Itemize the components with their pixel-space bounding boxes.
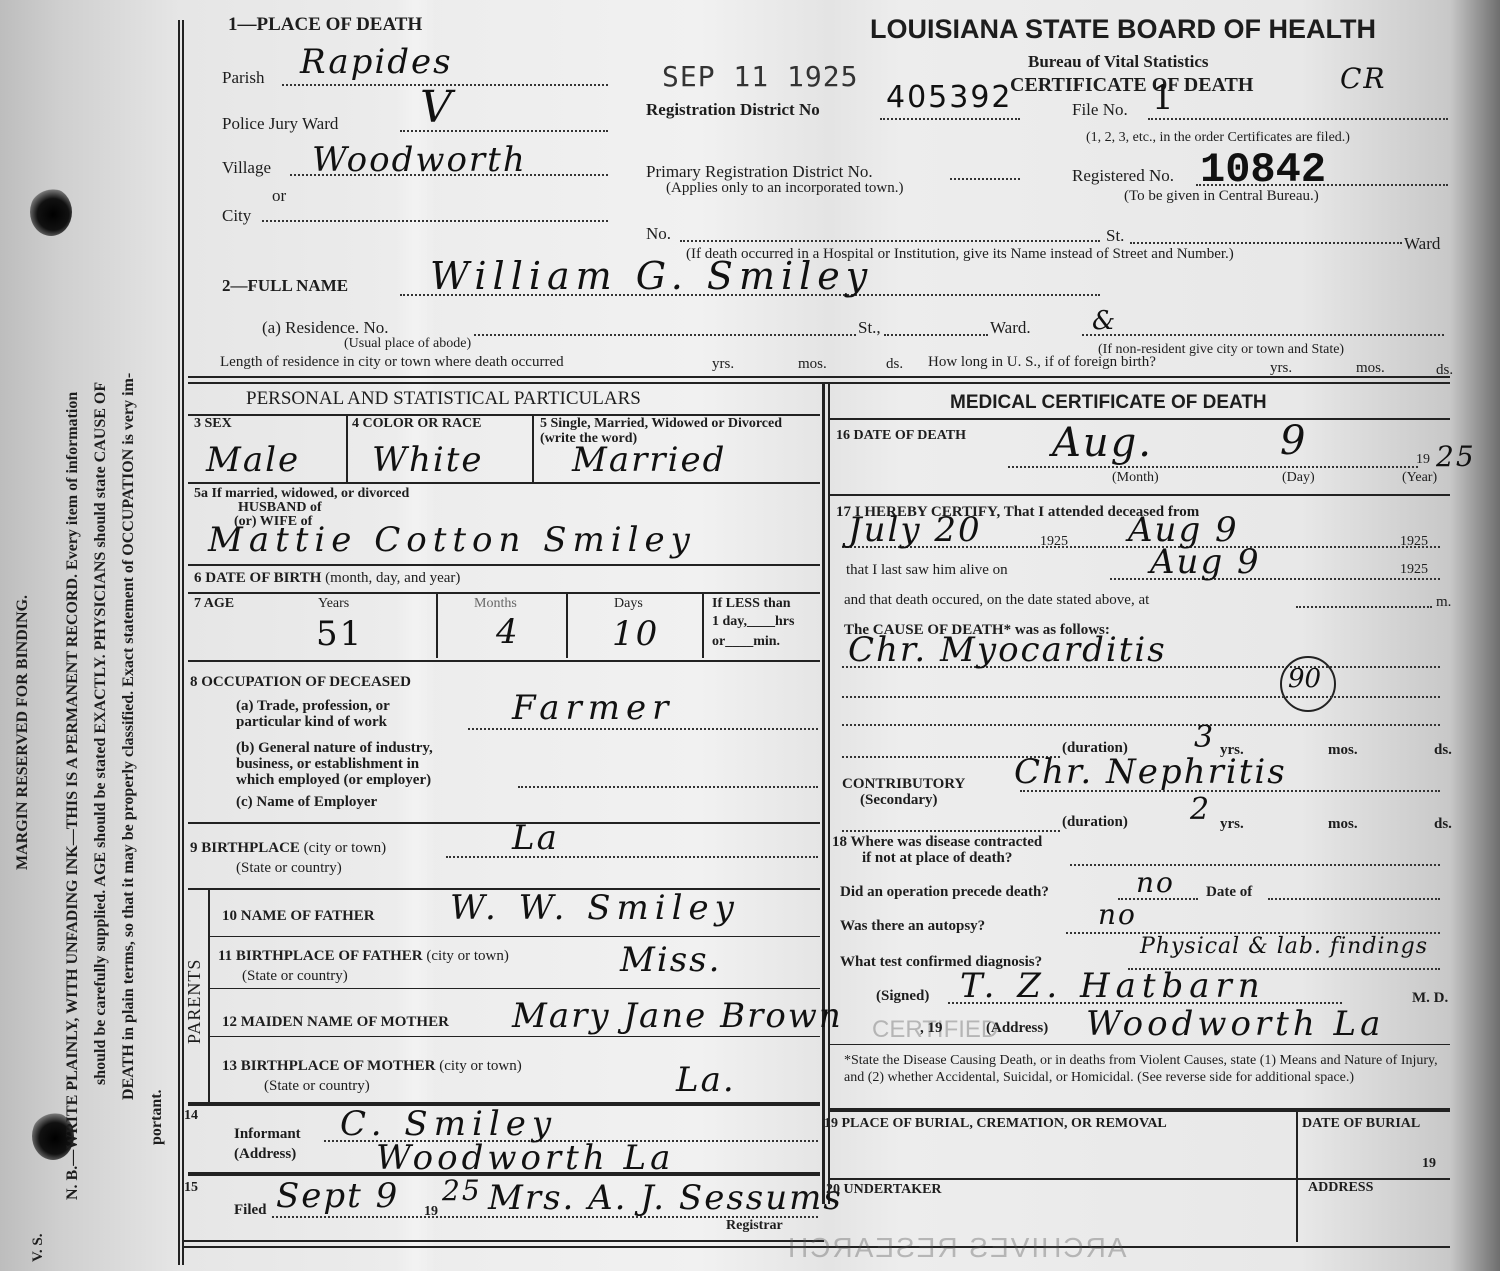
registration-district-value[interactable]: 405392 xyxy=(886,80,1013,115)
medical-section-heading: MEDICAL CERTIFICATE OF DEATH xyxy=(950,392,1267,414)
primary-district-label: Primary Registration District No. xyxy=(646,162,873,182)
birthplace-line xyxy=(446,856,818,858)
father-name-label: 10 NAME OF FATHER xyxy=(222,908,375,925)
full-name-value[interactable]: William G. Smiley xyxy=(430,254,873,298)
operation-date-line xyxy=(1268,898,1440,900)
year-note: (Year) xyxy=(1402,470,1437,486)
rule xyxy=(184,1240,824,1242)
operation-date-label: Date of xyxy=(1206,884,1252,901)
length-yrs-label: yrs. xyxy=(712,356,734,373)
birthplace-state-label: (State or country) xyxy=(236,860,342,877)
margin-binding-text: MARGIN RESERVED FOR BINDING. xyxy=(14,595,32,870)
punch-hole xyxy=(30,188,72,236)
age-label: 7 AGE xyxy=(194,596,234,612)
street-no-line xyxy=(680,240,1100,242)
street-line xyxy=(1130,242,1402,244)
filed-year-value[interactable]: 25 xyxy=(442,1174,482,1207)
cell-divider xyxy=(702,592,704,658)
us-mos-label: mos. xyxy=(1356,360,1385,377)
city-line xyxy=(262,220,608,222)
cause-line-3 xyxy=(842,724,1440,726)
date-of-death-line xyxy=(1008,466,1418,468)
mother-birthplace-note: (city or town) xyxy=(439,1058,521,1074)
file-no-line xyxy=(1148,118,1448,120)
trade-label-1: (a) Trade, profession, or xyxy=(236,698,390,715)
margin-instructions-line2: should be carefully supplied. AGE should… xyxy=(92,382,110,1085)
secondary-label: (Secondary) xyxy=(860,792,938,809)
informant-label: Informant xyxy=(234,1126,301,1143)
village-label: Village xyxy=(222,158,271,178)
length-of-residence-label: Length of residence in city or town wher… xyxy=(220,354,564,371)
us-yrs-label: yrs. xyxy=(1270,360,1292,377)
residence-st-label: St., xyxy=(858,318,881,338)
industry-label-2: business, or establishment in xyxy=(236,756,419,773)
file-no-value[interactable]: 1 xyxy=(1152,78,1176,118)
date-of-death-month[interactable]: Aug. xyxy=(1052,420,1153,466)
rule xyxy=(830,1044,1450,1045)
burial-place-label: 19 PLACE OF BURIAL, CREMATION, OR REMOVA… xyxy=(824,1116,1167,1132)
item-14-number: 14 xyxy=(184,1108,198,1124)
cause-line-2 xyxy=(842,696,1440,698)
or-label: or xyxy=(272,186,286,206)
signed-label: (Signed) xyxy=(876,988,929,1005)
sex-value[interactable]: Male xyxy=(206,440,300,480)
race-value[interactable]: White xyxy=(372,440,484,480)
file-no-label: File No. xyxy=(1072,100,1128,120)
trade-label-2: particular kind of work xyxy=(236,714,387,731)
mother-name-value[interactable]: Mary Jane Brown xyxy=(512,996,843,1036)
mother-birthplace-state: (State or country) xyxy=(264,1078,370,1095)
father-birthplace-note: (city or town) xyxy=(426,948,508,964)
contributory-ds-label: ds. xyxy=(1434,816,1452,833)
form-code: V. S. xyxy=(30,1234,47,1263)
registered-no-label: Registered No. xyxy=(1072,166,1174,186)
section-divider xyxy=(188,376,1450,378)
birthplace-note: (city or town) xyxy=(304,840,386,856)
attended-from-year: 1925 xyxy=(1040,534,1068,550)
residence-ward-line xyxy=(1082,334,1444,336)
date-of-death-year-prefix: 19 xyxy=(1416,452,1430,468)
registered-no-value[interactable]: 10842 xyxy=(1200,146,1326,194)
autopsy-label: Was there an autopsy? xyxy=(840,918,985,935)
informant-address-label: (Address) xyxy=(234,1146,296,1163)
archives-watermark: ARCHIVES RESEARCH xyxy=(786,1232,1127,1264)
less-than-label: If LESS than xyxy=(712,596,791,612)
file-no-note: (1, 2, 3, etc., in the order Certificate… xyxy=(1086,130,1350,146)
residence-note: (Usual place of abode) xyxy=(344,336,471,352)
how-long-us-label: How long in U. S., if of foreign birth? xyxy=(928,354,1156,371)
cause-duration-yrs-value[interactable]: 3 xyxy=(1194,720,1215,755)
death-time-m: m. xyxy=(1436,594,1451,611)
contributory-duration-label: (duration) xyxy=(1062,814,1128,831)
father-name-value[interactable]: W. W. Smiley xyxy=(450,888,740,928)
filed-date-value[interactable]: Sept 9 xyxy=(276,1176,399,1216)
rule xyxy=(188,660,820,662)
spouse-value[interactable]: Mattie Cotton Smiley xyxy=(208,520,696,560)
margin-instructions-line1: N. B.—WRITE PLAINLY, WITH UNFADING INK—T… xyxy=(64,392,82,1200)
rule xyxy=(188,482,820,484)
age-months-label: Months xyxy=(474,596,517,612)
father-birthplace-state: (State or country) xyxy=(242,968,348,985)
parents-divider xyxy=(208,888,210,1102)
cell-divider xyxy=(532,414,534,482)
age-days-label: Days xyxy=(614,596,643,612)
test-value[interactable]: Physical & lab. findings xyxy=(1140,934,1428,959)
occupation-label: 8 OCCUPATION OF DECEASED xyxy=(190,674,411,691)
board-title: LOUISIANA STATE BOARD OF HEALTH xyxy=(870,14,1376,45)
primary-district-note: (Applies only to an incorporated town.) xyxy=(666,180,903,197)
border-left xyxy=(178,20,180,1265)
margin-instructions-line3: DEATH in plain terms, so that it may be … xyxy=(120,373,138,1100)
place-of-death-heading: 1—PLACE OF DEATH xyxy=(228,14,422,36)
parish-label: Parish xyxy=(222,68,265,88)
marital-value[interactable]: Married xyxy=(572,440,726,480)
dob-note: (month, day, and year) xyxy=(325,570,460,586)
last-saw-year: 1925 xyxy=(1400,562,1428,578)
parents-vertical-label: PARENTS xyxy=(184,959,205,1044)
received-date-stamp: SEP 11 1925 xyxy=(662,60,858,93)
contracted-label-2: if not at place of death? xyxy=(862,850,1012,867)
filed-year-prefix: 19 xyxy=(424,1204,438,1220)
less-than-hrs: 1 day,____hrs xyxy=(712,614,794,630)
rule xyxy=(208,988,820,989)
margin-instructions-line4: portant. xyxy=(148,1089,166,1145)
length-ds-label: ds. xyxy=(886,356,903,373)
autopsy-value[interactable]: no xyxy=(1098,898,1137,931)
paper-fold xyxy=(395,0,435,1271)
cause-ds-label: ds. xyxy=(1434,742,1452,759)
rule xyxy=(188,592,820,594)
item-15-number: 15 xyxy=(184,1180,198,1196)
age-years-value[interactable]: 51 xyxy=(316,614,363,654)
duration-line-lead-2 xyxy=(842,830,1060,832)
residence-line xyxy=(474,334,856,336)
death-time-line xyxy=(1296,606,1432,608)
burial-divider xyxy=(1296,1112,1298,1242)
contributory-label: CONTRIBUTORY xyxy=(842,776,965,793)
street-no-label: No. xyxy=(646,224,671,244)
rule xyxy=(188,564,820,566)
primary-district-line xyxy=(950,178,1020,180)
signed-value[interactable]: T. Z. Hatbarn xyxy=(960,966,1266,1006)
contributory-duration-yrs-value[interactable]: 2 xyxy=(1190,792,1211,827)
rule xyxy=(830,494,1450,496)
rule xyxy=(188,822,820,824)
age-years-label: Years xyxy=(318,596,349,612)
month-note: (Month) xyxy=(1112,470,1159,486)
residence-label: (a) Residence. No. xyxy=(262,318,389,338)
street-st-label: St. xyxy=(1106,226,1124,246)
rule xyxy=(830,1108,1450,1112)
birthplace-value[interactable]: La xyxy=(512,818,559,858)
date-of-death-day[interactable]: 9 xyxy=(1280,418,1307,464)
registrar-value[interactable]: Mrs. A. J. Sessums xyxy=(488,1178,843,1218)
registered-no-note: (To be given in Central Bureau.) xyxy=(1124,188,1319,205)
contributory-value[interactable]: Chr. Nephritis xyxy=(1014,752,1287,792)
residence-ward-mark: & xyxy=(1092,306,1117,336)
industry-label-3: which employed (or employer) xyxy=(236,772,431,789)
mother-birthplace-value[interactable]: La. xyxy=(676,1060,736,1100)
contributory-yrs-label: yrs. xyxy=(1220,816,1244,833)
undertaker-address-label: ADDRESS xyxy=(1308,1180,1373,1196)
rule xyxy=(208,1036,820,1037)
certify-date-19: , 19 xyxy=(920,1020,943,1037)
death-certificate: MARGIN RESERVED FOR BINDING. N. B.—WRITE… xyxy=(0,0,1500,1271)
physician-address-label: (Address) xyxy=(986,1020,1048,1037)
cell-divider xyxy=(436,592,438,658)
last-saw-label: that I last saw him alive on xyxy=(846,562,1008,579)
contributory-mos-label: mos. xyxy=(1328,816,1358,833)
physician-address-value[interactable]: Woodworth La xyxy=(1086,1004,1384,1044)
sex-label: 3 SEX xyxy=(194,416,232,432)
registrar-label: Registrar xyxy=(726,1218,783,1234)
section-divider xyxy=(188,382,1450,384)
full-name-label: 2—FULL NAME xyxy=(222,276,348,296)
police-jury-ward-value[interactable]: V xyxy=(420,82,454,133)
village-value[interactable]: Woodworth xyxy=(312,140,527,180)
contracted-label-1: 18 Where was disease contracted xyxy=(832,834,1042,851)
cell-divider xyxy=(346,414,348,482)
column-divider xyxy=(822,384,825,1204)
registration-district-line xyxy=(880,118,1020,120)
corner-mark: CR xyxy=(1340,62,1387,95)
contracted-line xyxy=(1070,864,1440,866)
residence-st-line xyxy=(884,334,988,336)
rule xyxy=(208,936,820,937)
father-birthplace-value[interactable]: Miss. xyxy=(620,940,721,980)
industry-line xyxy=(518,786,818,788)
cause-mos-label: mos. xyxy=(1328,742,1358,759)
employer-label: (c) Name of Employer xyxy=(236,794,377,811)
border-left-inner xyxy=(182,20,184,1265)
md-label: M. D. xyxy=(1412,990,1448,1007)
day-note: (Day) xyxy=(1282,470,1315,486)
street-ward-label: Ward xyxy=(1404,234,1440,254)
certificate-title: CERTIFICATE OF DEATH xyxy=(1010,74,1253,97)
age-days-value[interactable]: 10 xyxy=(612,614,659,654)
operation-label: Did an operation precede death? xyxy=(840,884,1049,901)
age-months-value[interactable]: 4 xyxy=(496,612,520,652)
cell-divider xyxy=(566,592,568,658)
date-of-death-label: 16 DATE OF DEATH xyxy=(836,428,966,444)
death-time-label: and that death occured, on the date stat… xyxy=(844,592,1149,609)
police-jury-ward-label: Police Jury Ward xyxy=(222,114,338,134)
industry-label-1: (b) General nature of industry, xyxy=(236,740,433,757)
bureau-subtitle: Bureau of Vital Statistics xyxy=(1028,52,1209,72)
attended-to-year: 1925 xyxy=(1400,534,1428,550)
mother-birthplace-label: 13 BIRTHPLACE OF MOTHER xyxy=(222,1058,436,1074)
less-than-min: or____min. xyxy=(712,634,780,650)
parish-value[interactable]: Rapides xyxy=(300,42,453,82)
cause-code-value[interactable]: 90 xyxy=(1288,664,1321,694)
registration-district-label: Registration District No xyxy=(646,100,820,120)
filed-label: Filed xyxy=(234,1202,267,1219)
burial-date-label: DATE OF BURIAL xyxy=(1302,1116,1420,1132)
attended-from-value[interactable]: July 20 xyxy=(848,510,982,550)
residence-ward-label: Ward. xyxy=(990,318,1031,338)
mother-name-label: 12 MAIDEN NAME OF MOTHER xyxy=(222,1014,449,1031)
column-divider xyxy=(828,384,830,1204)
length-mos-label: mos. xyxy=(798,356,827,373)
operation-value[interactable]: no xyxy=(1136,866,1175,899)
undertaker-label: 20 UNDERTAKER xyxy=(826,1182,942,1198)
father-birthplace-label: 11 BIRTHPLACE OF FATHER xyxy=(218,948,423,964)
burial-date-19: 19 xyxy=(1422,1156,1436,1172)
last-saw-value[interactable]: Aug 9 xyxy=(1150,542,1261,582)
birthplace-label: 9 BIRTHPLACE xyxy=(190,840,300,856)
dob-label: 6 DATE OF BIRTH xyxy=(194,570,321,586)
race-label: 4 COLOR OR RACE xyxy=(352,416,482,432)
city-label: City xyxy=(222,206,251,226)
date-of-death-year[interactable]: 25 xyxy=(1436,440,1476,473)
cause-footnote: *State the Disease Causing Death, or in … xyxy=(844,1052,1444,1086)
cause-value[interactable]: Chr. Myocarditis xyxy=(848,630,1167,670)
personal-section-heading: PERSONAL AND STATISTICAL PARTICULARS xyxy=(246,388,641,410)
trade-value[interactable]: Farmer xyxy=(512,688,674,728)
trade-line xyxy=(468,728,818,730)
